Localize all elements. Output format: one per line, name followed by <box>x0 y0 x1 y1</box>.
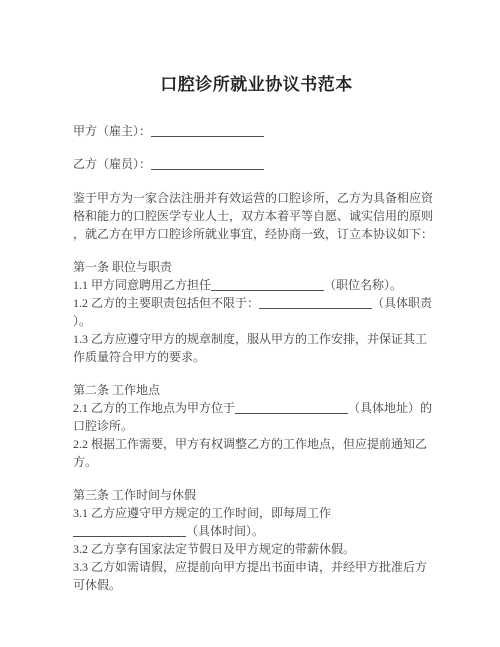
clause-2-1-text: 2.1 乙方的工作地点为甲方位于 <box>73 401 235 415</box>
section-1: 第一条 职位与职责 1.1 甲方同意聘用乙方担任（职位名称）。 1.2 乙方的主… <box>73 258 440 366</box>
clause-1-1-suffix: （职位名称）。 <box>324 278 402 292</box>
party-a-label: 甲方（雇主）： <box>73 124 151 138</box>
clause-1-1: 1.1 甲方同意聘用乙方担任（职位名称）。 <box>73 276 440 294</box>
clause-2-2-line-1: 2.2 根据工作需要，甲方有权调整乙方的工作地点，但应提前通知乙 <box>73 435 440 453</box>
clause-3-1-line-2: （具体时间）。 <box>73 522 440 540</box>
section-3-heading: 第三条 工作时间与休假 <box>73 486 440 504</box>
duties-blank-field <box>259 297 372 309</box>
clause-2-1-continued: 口腔诊所。 <box>73 417 440 435</box>
preamble: 鉴于甲方为一家合法注册并有效运营的口腔诊所，乙方为具备相应资 格和能力的口腔医学… <box>73 189 440 243</box>
clause-1-2-text: 1.2 乙方的主要职责包括但不限于： <box>73 296 259 310</box>
address-blank-field <box>235 402 348 414</box>
clause-1-3-line-1: 1.3 乙方应遵守甲方的规章制度，服从甲方的工作安排，并保证其工 <box>73 330 440 348</box>
clause-1-2-continued: ）。 <box>73 312 440 330</box>
clause-2-1-suffix: （具体地址）的 <box>348 401 432 415</box>
preamble-line-3: ，就乙方在甲方口腔诊所就业事宜，经协商一致，订立本协议如下： <box>73 225 440 243</box>
clause-1-2: 1.2 乙方的主要职责包括但不限于：（具体职责 <box>73 294 440 312</box>
party-a-line: 甲方（雇主）： <box>73 122 440 140</box>
clause-1-1-text: 1.1 甲方同意聘用乙方担任 <box>73 278 211 292</box>
position-name-blank-field <box>211 279 324 291</box>
clause-1-3-line-2: 作质量符合甲方的要求。 <box>73 348 440 366</box>
document-title: 口腔诊所就业协议书范本 <box>73 73 440 97</box>
clause-3-1-line-1: 3.1 乙方应遵守甲方规定的工作时间，即每周工作 <box>73 504 440 522</box>
party-a-blank-field <box>151 125 264 137</box>
clause-3-3-line-2: 可休假。 <box>73 576 440 594</box>
clause-3-3-line-1: 3.3 乙方如需请假，应提前向甲方提出书面申请，并经甲方批准后方 <box>73 558 440 576</box>
document-content: 口腔诊所就业协议书范本 甲方（雇主）： 乙方（雇员）： 鉴于甲方为一家合法注册并… <box>0 0 500 594</box>
section-2: 第二条 工作地点 2.1 乙方的工作地点为甲方位于（具体地址）的 口腔诊所。 2… <box>73 381 440 471</box>
section-1-heading: 第一条 职位与职责 <box>73 258 440 276</box>
section-3: 第三条 工作时间与休假 3.1 乙方应遵守甲方规定的工作时间，即每周工作 （具体… <box>73 486 440 594</box>
section-2-heading: 第二条 工作地点 <box>73 381 440 399</box>
party-b-line: 乙方（雇员）： <box>73 155 440 173</box>
preamble-line-1: 鉴于甲方为一家合法注册并有效运营的口腔诊所，乙方为具备相应资 <box>73 189 440 207</box>
preamble-line-2: 格和能力的口腔医学专业人士，双方本着平等自愿、诚实信用的原则 <box>73 207 440 225</box>
document-page: 口腔诊所就业协议书范本 甲方（雇主）： 乙方（雇员）： 鉴于甲方为一家合法注册并… <box>0 0 500 647</box>
clause-3-2: 3.2 乙方享有国家法定节假日及甲方规定的带薪休假。 <box>73 540 440 558</box>
work-time-blank-field <box>73 525 186 537</box>
clause-2-2-line-2: 方。 <box>73 453 440 471</box>
clause-1-2-suffix: （具体职责 <box>372 296 432 310</box>
party-b-blank-field <box>151 158 264 170</box>
clause-3-1-suffix: （具体时间）。 <box>186 524 264 538</box>
clause-2-1: 2.1 乙方的工作地点为甲方位于（具体地址）的 <box>73 399 440 417</box>
party-b-label: 乙方（雇员）： <box>73 157 151 171</box>
